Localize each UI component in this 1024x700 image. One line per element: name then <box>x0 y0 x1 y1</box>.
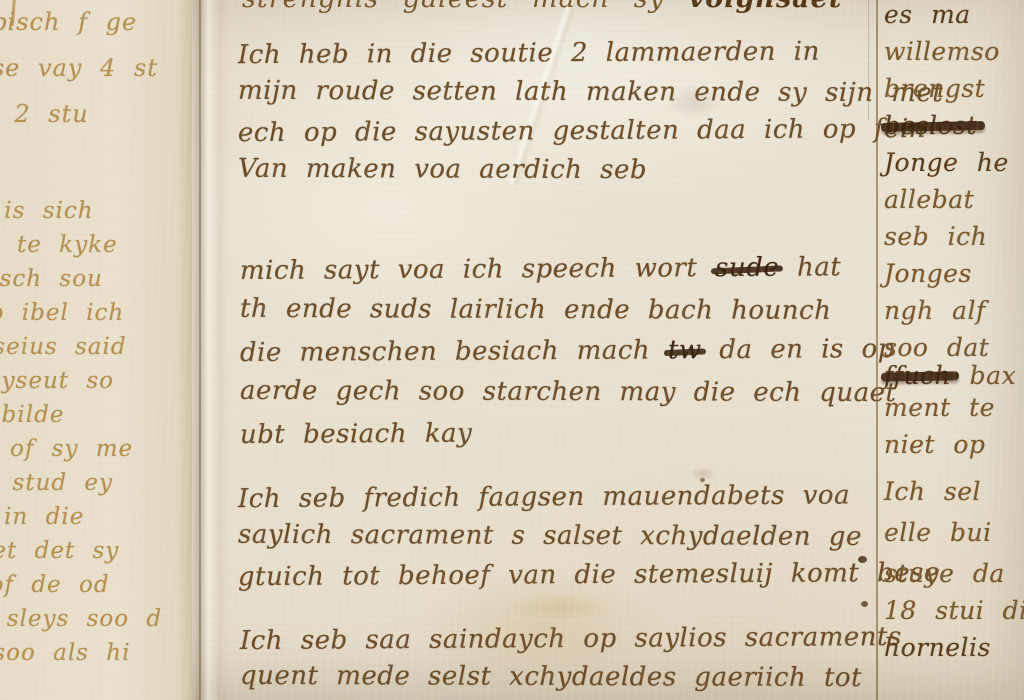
manuscript-line: stuye da <box>884 559 1024 596</box>
manuscript-line: ech op die sayusten gestalten daa ich op… <box>238 114 943 157</box>
struck-word: tw <box>668 335 702 365</box>
manuscript-line: allebat <box>884 185 1024 222</box>
manuscript-line: ment te <box>884 393 1024 430</box>
paragraph-4: Ich seb saa saindaych op saylios sacrame… <box>240 624 902 700</box>
ruled-margin-line <box>876 0 878 700</box>
manuscript-line: beslost <box>884 111 1024 148</box>
manuscript-line: willemso <box>884 37 1024 74</box>
manuscript-line: mijn roude setten lath maken ende sy sij… <box>238 76 943 117</box>
manuscript-line: Ich heb in die soutie 2 lammaerden in <box>238 36 943 79</box>
manuscript-line: brengst <box>884 74 1024 111</box>
main-page: strenghis galeest mach sy volghsaet Ich … <box>0 0 1024 700</box>
manuscript-line: elle bui <box>884 518 1024 555</box>
manuscript-line: mich sayt voa ich speech wort sude hat <box>240 252 897 297</box>
manuscript-line: es ma <box>884 0 1024 37</box>
manuscript-segment: da en is op <box>719 334 895 365</box>
manuscript-line: hornelis <box>884 633 1024 670</box>
ink-speck <box>700 478 705 482</box>
manuscript-line: Ich seb fredich faagsen mauendabets voa <box>238 480 940 523</box>
manuscript-line: niet op <box>884 430 1024 467</box>
manuscript-line: die menschen besiach mach tw da en is op <box>240 334 897 379</box>
paper-stain <box>664 84 724 120</box>
manuscript-line: Jonges <box>884 259 1024 296</box>
manuscript-line: seb ich <box>884 222 1024 259</box>
ink-speck <box>858 556 867 563</box>
paragraph-3: Ich seb fredich faagsen mauendabets voa … <box>238 482 940 599</box>
manuscript-line: quent mede selst xchydaeldes gaeriich to… <box>240 661 902 700</box>
ruled-margin-line-faint <box>868 0 869 120</box>
manuscript-line: saylich sacrament s salset xchydaelden g… <box>238 520 940 561</box>
paper-stain <box>505 592 615 622</box>
manuscript-segment: hat <box>797 252 841 282</box>
manuscript-segment: die menschen besiach mach <box>240 335 650 368</box>
struck-word: sude <box>715 253 779 283</box>
struck-word: ffuch <box>884 361 951 390</box>
manuscript-line: aerde gech soo starchen may die ech quae… <box>240 376 897 419</box>
manuscript-line: strenghis galeest mach sy <box>242 0 665 14</box>
clipped-top-line: strenghis galeest mach sy volghsaet <box>242 0 842 14</box>
manuscript-line: Ich sel <box>884 477 1024 514</box>
manuscript-word-bold: volghsaet <box>689 0 843 14</box>
manuscript-line: ngh alf <box>884 296 1024 333</box>
manuscript-line: Van maken voa aerdich seb <box>238 154 943 195</box>
manuscript-line: th ende suds lairlich ende bach hounch <box>240 294 897 337</box>
manuscript-photo: fapisch f ge etse vay 4 st oa 2 stu ta i… <box>0 0 1024 700</box>
paragraph-1: Ich heb in die soutie 2 lammaerden in mi… <box>238 38 943 194</box>
manuscript-line: Ich seb saa saindaych op saylios sacrame… <box>240 622 902 664</box>
manuscript-segment: mich sayt voa ich speech wort <box>240 253 698 286</box>
right-margin-column: es ma willemso brengst beslost Jonge he … <box>884 0 1024 670</box>
struck-word: beslost <box>884 111 977 140</box>
ink-speck <box>861 601 868 607</box>
manuscript-segment: bax <box>970 361 1017 390</box>
paragraph-2: mich sayt voa ich speech wort sude hat t… <box>240 254 896 459</box>
manuscript-line: Jonge he <box>884 148 1024 185</box>
manuscript-line: 18 stui di <box>884 596 1024 633</box>
manuscript-line: ubt besiach kay <box>240 416 897 461</box>
